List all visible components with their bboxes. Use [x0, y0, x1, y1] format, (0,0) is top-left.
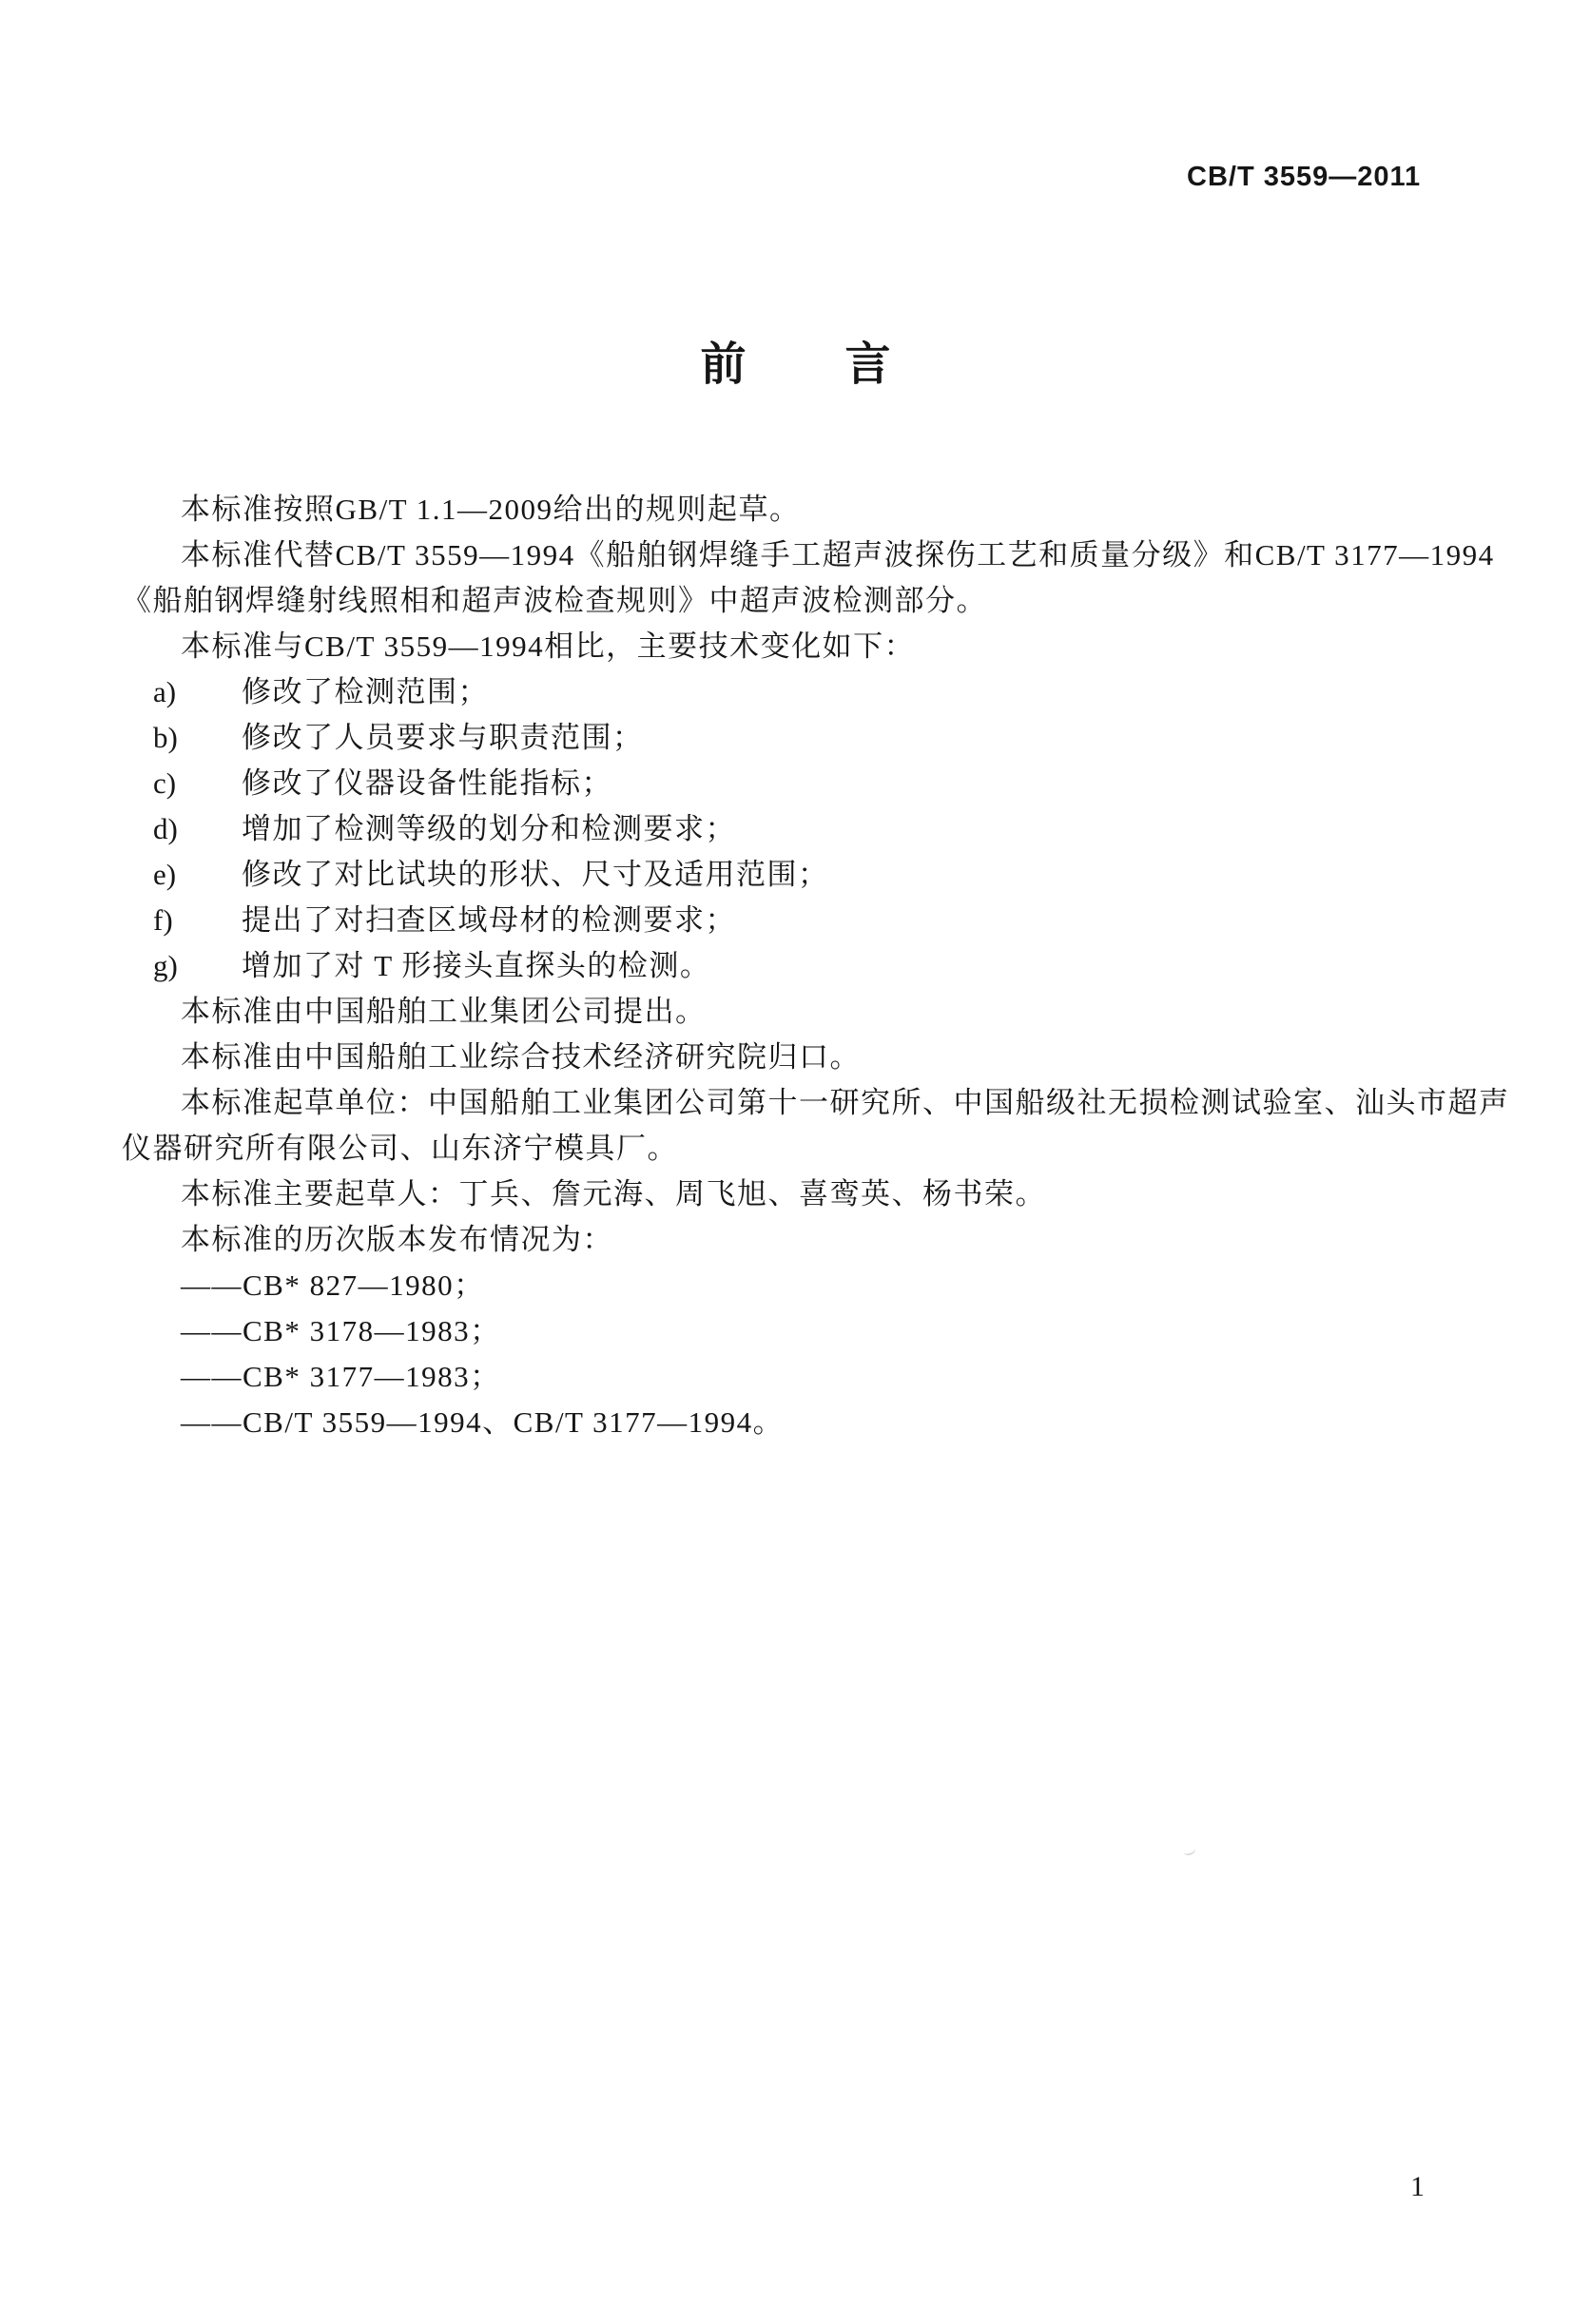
paragraph-drafting-units-line1: 本标准起草单位：中国船舶工业集团公司第十一研究所、中国船级社无损检测试验室、汕头…: [122, 1080, 1486, 1126]
change-item-text: 增加了对 T 形接头直探头的检测。: [242, 949, 710, 982]
change-list-item: a)修改了检测范围；: [122, 669, 1486, 715]
scan-artifact: [1182, 1844, 1196, 1857]
paragraph-proposed-by: 本标准由中国船舶工业集团公司提出。: [122, 989, 1486, 1035]
change-item-label: b): [153, 715, 242, 761]
change-item-label: c): [153, 761, 242, 806]
document-page: CB/T 3559—2011 前 言 本标准按照GB/T 1.1—2009给出的…: [0, 0, 1591, 2324]
title-char-yan: 言: [845, 342, 891, 388]
paragraph-centralized-by: 本标准由中国船舶工业综合技术经济研究院归口。: [122, 1035, 1486, 1080]
paragraph-changes-intro: 本标准与CB/T 3559—1994相比，主要技术变化如下：: [122, 624, 1486, 669]
change-item-label: g): [153, 943, 242, 989]
paragraph-main-drafters: 本标准主要起草人：丁兵、詹元海、周飞旭、喜鸾英、杨书荣。: [122, 1172, 1486, 1217]
change-item-label: d): [153, 806, 242, 852]
history-item: ——CB/T 3559—1994、CB/T 3177—1994。: [122, 1400, 1486, 1445]
change-list-item: b)修改了人员要求与职责范围；: [122, 715, 1486, 761]
standard-code-header: CB/T 3559—2011: [1187, 162, 1421, 193]
title-char-qian: 前: [700, 342, 746, 388]
paragraph-drafting-rule: 本标准按照GB/T 1.1—2009给出的规则起草。: [122, 487, 1486, 533]
change-item-text: 修改了检测范围；: [242, 675, 489, 708]
foreword-body: 本标准按照GB/T 1.1—2009给出的规则起草。 本标准代替CB/T 355…: [122, 487, 1486, 1445]
change-list-item: d)增加了检测等级的划分和检测要求；: [122, 806, 1486, 852]
change-item-label: e): [153, 852, 242, 898]
change-item-text: 修改了对比试块的形状、尺寸及适用范围；: [242, 858, 829, 891]
change-item-text: 提出了对扫查区域母材的检测要求；: [242, 903, 736, 937]
paragraph-replaces-line2: 《船舶钢焊缝射线照相和超声波检查规则》中超声波检测部分。: [122, 578, 1486, 624]
change-item-text: 修改了仪器设备性能指标；: [242, 766, 612, 800]
paragraph-replaces-line1: 本标准代替CB/T 3559—1994《船舶钢焊缝手工超声波探伤工艺和质量分级》…: [122, 533, 1486, 578]
paragraph-history-intro: 本标准的历次版本发布情况为：: [122, 1217, 1486, 1263]
history-item: ——CB* 3177—1983；: [122, 1354, 1486, 1400]
change-list-item: f)提出了对扫查区域母材的检测要求；: [122, 898, 1486, 943]
change-list-item: e)修改了对比试块的形状、尺寸及适用范围；: [122, 852, 1486, 898]
page-number: 1: [1410, 2171, 1425, 2203]
change-item-label: a): [153, 669, 242, 715]
page-title: 前 言: [0, 342, 1591, 388]
change-list-item: c)修改了仪器设备性能指标；: [122, 761, 1486, 806]
history-item: ——CB* 827—1980；: [122, 1263, 1486, 1308]
change-list-item: g)增加了对 T 形接头直探头的检测。: [122, 943, 1486, 989]
paragraph-drafting-units-line2: 仪器研究所有限公司、山东济宁模具厂。: [122, 1126, 1486, 1172]
history-item: ——CB* 3178—1983；: [122, 1308, 1486, 1354]
change-item-label: f): [153, 898, 242, 943]
change-item-text: 修改了人员要求与职责范围；: [242, 721, 644, 754]
change-item-text: 增加了检测等级的划分和检测要求；: [242, 812, 736, 845]
